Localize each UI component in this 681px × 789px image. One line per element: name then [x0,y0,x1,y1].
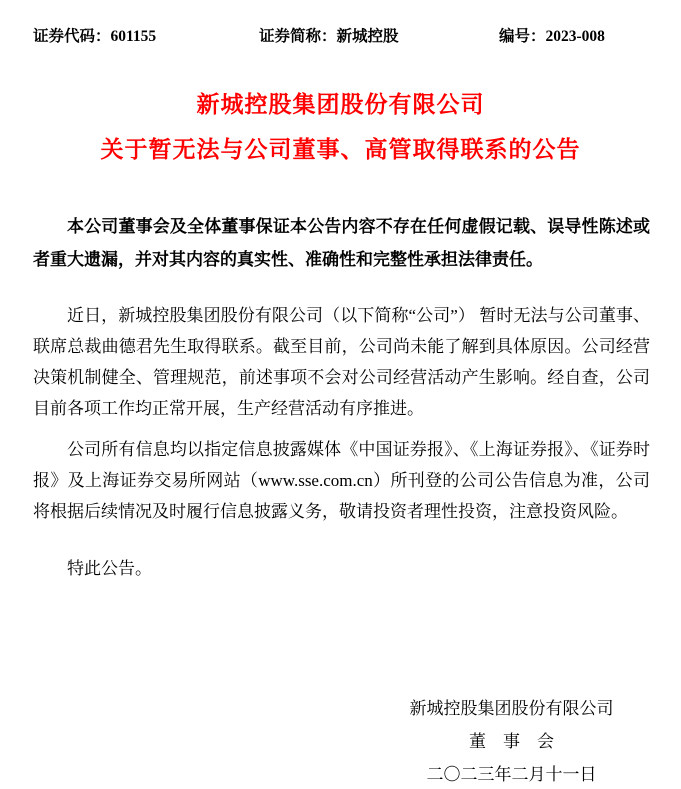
stock-name-value: 新城控股 [337,28,399,45]
body-paragraph-1: 近日，新城控股集团股份有限公司（以下简称“公司”） 暂时无法与公司董事、联席总裁… [33,300,650,424]
body-paragraph-2: 公司所有信息均以指定信息披露媒体《中国证券报》、《上海证券报》、《证券时报》及上… [33,434,650,527]
stock-name-label: 证券简称： [259,28,337,45]
stock-code-value: 601155 [111,28,157,45]
doc-number-label: 编号： [499,28,546,45]
announcement-title: 新城控股集团股份有限公司 关于暂无法与公司董事、高管取得联系的公告 [33,82,648,172]
title-subject-line: 关于暂无法与公司董事、高管取得联系的公告 [33,127,648,172]
signature-date: 二〇二三年二月十一日 [404,758,619,789]
doc-number: 编号：2023-008 [499,26,605,48]
announcement-body: 本公司董事会及全体董事保证本公告内容不存在任何虚假记载、误导性陈述或者重大遗漏，… [33,210,650,584]
doc-number-value: 2023-008 [546,28,605,45]
stock-code-label: 证券代码： [33,28,111,45]
signature-board: 董 事 会 [404,725,619,758]
signature-block: 新城控股集团股份有限公司 董 事 会 二〇二三年二月十一日 [404,692,619,789]
title-company-line: 新城控股集团股份有限公司 [33,82,648,127]
stock-code: 证券代码：601155 [33,26,156,48]
stock-name: 证券简称：新城控股 [259,26,399,48]
signature-company: 新城控股集团股份有限公司 [404,692,619,725]
securities-header-row: 证券代码：601155 证券简称：新城控股 编号：2023-008 [33,26,648,48]
announcement-page: 证券代码：601155 证券简称：新城控股 编号：2023-008 新城控股集团… [0,0,681,789]
board-disclaimer-paragraph: 本公司董事会及全体董事保证本公告内容不存在任何虚假记载、误导性陈述或者重大遗漏，… [33,210,650,276]
closing-statement: 特此公告。 [33,553,650,584]
